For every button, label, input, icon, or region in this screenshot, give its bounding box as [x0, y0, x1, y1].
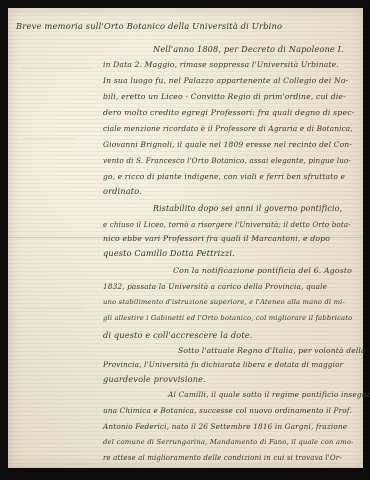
- manuscript-line: 1832, passata la Università a carico del…: [103, 282, 327, 291]
- manuscript-line: questo Camillo Dotta Pettrizzi.: [103, 248, 235, 258]
- manuscript-line: guardevole provvisione.: [103, 374, 206, 384]
- manuscript-line: vento di S. Francesco l'Orto Botanico, a…: [103, 156, 351, 165]
- manuscript-line: nico ebbe vari Professori fra quali il M…: [103, 234, 330, 243]
- manuscript-page: Breve memoria sull'Orto Botanico della U…: [8, 8, 363, 468]
- bleed-through-mark: [22, 308, 82, 309]
- manuscript-line: ordinato.: [103, 186, 142, 196]
- manuscript-line: In sua luogo fu, nel Palazzo appartenent…: [103, 76, 348, 85]
- document-title: Breve memoria sull'Orto Botanico della U…: [16, 21, 282, 31]
- manuscript-line: Sotto l'attuale Regno d'Italia, per volo…: [178, 346, 366, 355]
- manuscript-line: del comune di Serrungarina, Mandamento d…: [103, 438, 354, 446]
- manuscript-line: gli allestire i Gabinetti ed l'Orto bota…: [103, 314, 352, 322]
- manuscript-line: Giovanni Brignoli, il quale nel 1809 ere…: [103, 140, 352, 149]
- bleed-through-mark: [22, 68, 92, 69]
- manuscript-line: bili, eretto un Liceo - Convitto Regio d…: [103, 92, 346, 101]
- manuscript-line: dero molto credito egregi Professori: fr…: [103, 108, 355, 117]
- manuscript-line: in Data 2. Maggio, rimase soppressa l'Un…: [103, 60, 339, 69]
- manuscript-line: Con la notificazione pontificia del 6. A…: [173, 266, 352, 275]
- manuscript-line: ciale menzione ricordato è il Professore…: [103, 124, 353, 133]
- manuscript-line: Nell'anno 1808, per Decreto di Napoleone…: [153, 44, 344, 54]
- manuscript-line: go, e ricco di piante indigene, con vial…: [103, 172, 345, 181]
- manuscript-line: di questo e coll'accrescere la dote.: [103, 330, 253, 340]
- manuscript-line: re attese al miglioramento delle condizi…: [103, 454, 342, 462]
- manuscript-line: Antonio Federici, nato il 26 Settembre 1…: [103, 422, 347, 431]
- manuscript-line: Al Camilli, il quale sotto il regime pon…: [168, 390, 370, 399]
- manuscript-line: e chiuso il Liceo, tornò a risorgere l'U…: [103, 220, 351, 229]
- bleed-through-mark: [22, 138, 77, 139]
- manuscript-line: Ristabilito dopo sei anni il governo pon…: [153, 204, 342, 213]
- manuscript-line: una Chimica e Botanica, successe col nuo…: [103, 406, 352, 415]
- manuscript-line: uno stabilimento d'istruzione superiore,…: [103, 298, 345, 306]
- manuscript-line: Provincia, l'Università fu dichiarata li…: [103, 360, 343, 369]
